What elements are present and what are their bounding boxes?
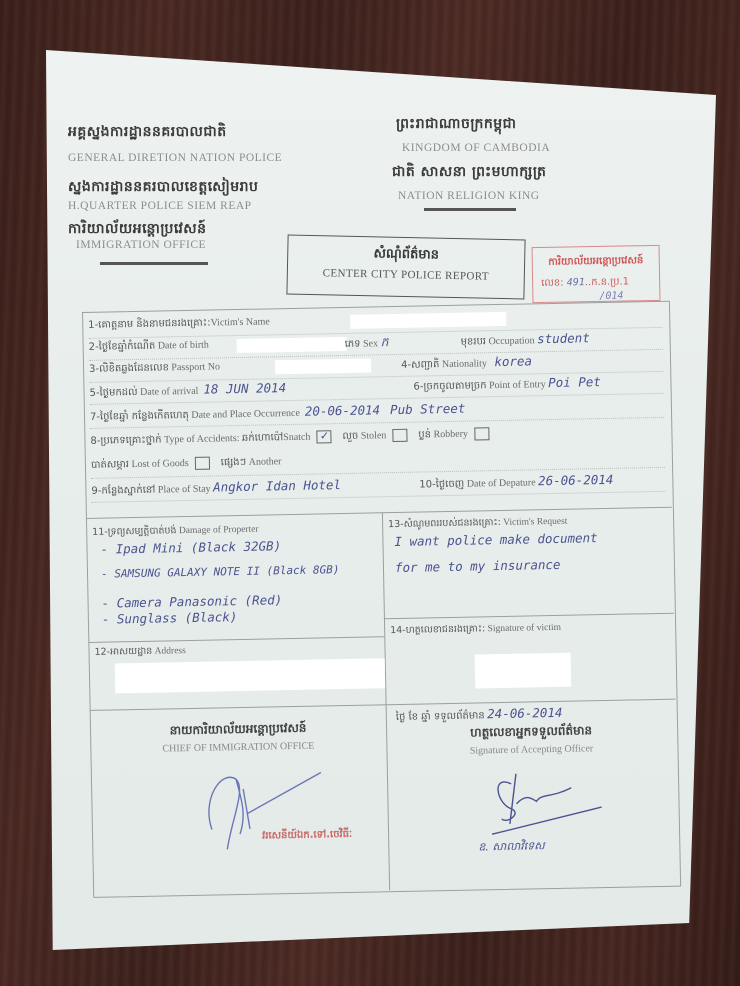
- arrival-value: 18 JUN 2014: [203, 380, 286, 397]
- request-title-kh: 13-សំណូមពររបស់ជនរងគ្រោះ:: [388, 517, 501, 530]
- stamp-suffix: ..ក.ន.ប្រ.1: [585, 276, 629, 288]
- redacted-date-of-birth: [237, 337, 347, 353]
- accepting-officer-block: ហត្ថលេខាអ្នកទទួលព័ត៌មាន Signature of Acc…: [386, 721, 677, 759]
- lost-goods-label-kh: បាត់សម្ភារ: [91, 459, 129, 471]
- accepting-date-line: ថ្ងៃ ខែ ឆ្នាំ ទទួលព័ត៌មាន 24-06-2014: [396, 705, 563, 725]
- occurrence-label-en: Date and Place Occurrence: [191, 408, 300, 421]
- header-left-en-3: IMMIGRATION OFFICE: [76, 239, 206, 251]
- report-title-box: សំណុំព័ត៌មាន CENTER CITY POLICE REPORT: [286, 235, 525, 300]
- occupation-value: student: [537, 330, 590, 346]
- robbery-label: Robbery: [433, 429, 468, 441]
- another-label-kh: ផ្សេងៗ: [221, 457, 247, 468]
- field-date-of-departure: 10-ថ្ងៃចេញ Date of Depature 26-06-2014: [419, 472, 613, 496]
- field-nationality: 4-សញ្ជាតិ Nationality korea: [401, 353, 532, 376]
- snatch-checkbox[interactable]: ✓: [317, 430, 332, 443]
- victim-signature-kh: 14-ហត្ថលេខាជនរងគ្រោះ:: [390, 623, 485, 636]
- victim-name-label-kh: 1-គោត្តនាម និងនាមជនរងគ្រោះ:: [88, 318, 210, 331]
- header-left-kh-3: ការិយាល័យអន្តោប្រវេសន៍: [68, 219, 207, 240]
- accident-label-en: Type of Accidents:: [164, 433, 240, 445]
- address-title-en: Address: [155, 646, 186, 657]
- accident-label-kh: 8-ប្រភេទគ្រោះថ្នាក់: [90, 434, 161, 446]
- header-left-kh-1: អគ្គស្នងការដ្ឋាននគរបាលជាតិ: [68, 122, 227, 143]
- accepting-officer-signature: [481, 762, 623, 845]
- redacted-address: [115, 658, 386, 693]
- entry-label-en: Point of Entry: [489, 379, 546, 391]
- accepting-date-label: ថ្ងៃ ខែ ឆ្នាំ ទទួលព័ត៌មាន: [396, 710, 485, 723]
- departure-label-kh: 10-ថ្ងៃចេញ: [419, 479, 464, 491]
- departure-label-en: Date of Depature: [467, 477, 536, 489]
- field-sex: ភេទ Sex ក: [344, 334, 388, 355]
- occupation-label-en: Occupation: [488, 335, 534, 347]
- sex-label-kh: ភេទ: [345, 339, 361, 350]
- dob-label-en: Date of birth: [158, 340, 209, 352]
- robbery-label-kh: ប្លន់: [418, 429, 431, 440]
- stamp-number: 491: [567, 277, 585, 288]
- header-right-kh-1: ព្រះរាជាណាចក្រកម្ពុជា: [396, 114, 517, 135]
- passport-label-kh: 3-លិខិតឆ្លងដែនលេខ: [89, 362, 169, 375]
- stolen-label: Stolen: [361, 430, 387, 441]
- header-left-kh-2: ស្នងការដ្ឋាននគរបាលខេត្តសៀមរាប: [68, 177, 258, 198]
- redacted-victim-signature: [475, 653, 572, 689]
- chief-signature: [191, 757, 343, 860]
- nationality-label-kh: 4-សញ្ជាតិ: [401, 359, 440, 371]
- departure-value: 26-06-2014: [538, 472, 614, 488]
- header-right-underline: [424, 208, 516, 211]
- report-title-kh: សំណុំព័ត៌មាន: [288, 244, 524, 268]
- header-left-en-1: GENERAL DIRETION NATION POLICE: [68, 152, 282, 164]
- occurrence-place-value: Pub Street: [390, 401, 466, 417]
- accepting-date-value: 24-06-2014: [487, 705, 563, 721]
- field-point-of-entry: 6-ច្រកចូលតាមច្រក Point of Entry Poi Pet: [413, 374, 601, 398]
- arrival-label-kh: 5-ថ្ងៃមកដល់: [89, 387, 137, 399]
- stay-label-kh: 9-កន្លែងស្នាក់នៅ: [91, 485, 155, 497]
- chief-block: នាយការិយាល័យអន្តោប្រវេសន៍ CHIEF OF IMMIG…: [90, 718, 387, 756]
- damage-title-en: Damage of Properter: [179, 525, 259, 537]
- lost-goods-label: Lost of Goods: [131, 458, 188, 470]
- request-line: for me to my insurance: [395, 557, 561, 575]
- stolen-label-kh: លួច: [342, 431, 358, 442]
- snatch-label-kh: ឆក់ហោប៉ៅ: [242, 432, 283, 444]
- passport-label-en: Passport No: [171, 361, 220, 373]
- sex-value: ក: [380, 334, 388, 349]
- redacted-passport-no: [275, 358, 371, 374]
- dob-label-kh: 2-ថ្ងៃខែឆ្នាំកំណើត: [89, 341, 156, 353]
- lost-goods-checkbox[interactable]: [195, 457, 210, 470]
- occurrence-label-kh: 7-ថ្ងៃខែឆ្នាំ កន្លែងកើតហេតុ: [90, 410, 189, 423]
- robbery-checkbox[interactable]: [474, 427, 489, 440]
- victim-name-label-en: Victim's Name: [210, 316, 269, 328]
- nationality-label-en: Nationality: [442, 358, 487, 370]
- arrival-label-en: Date of arrival: [140, 386, 199, 398]
- stamp-year: /014: [599, 291, 623, 302]
- header-right-en-1: KINGDOM OF CAMBODIA: [402, 142, 550, 154]
- occurrence-date-value: 20-06-2014: [305, 402, 381, 418]
- header-left-underline: [100, 262, 208, 265]
- header-right-kh-2: ជាតិ សាសនា ព្រះមហាក្សត្រ: [392, 162, 546, 183]
- chief-name-stamp: វរសេនីយ៍ឯក.ទៅ.ចេវិធីៈ: [262, 827, 352, 844]
- report-form: 1-គោត្តនាម និងនាមជនរងគ្រោះ:Victim's Name…: [82, 301, 679, 898]
- victim-signature-en: Signature of victim: [488, 623, 562, 634]
- stamp-office-kh: ការិយាល័យអន្តោប្រវេសន៍: [533, 253, 659, 270]
- another-label: Another: [249, 456, 282, 468]
- address-title-kh: 12-អាសយដ្ឋាន: [94, 646, 152, 658]
- field-occupation: មុខរបរ Occupation student: [460, 330, 590, 352]
- accepting-officer-name: ឧ. សាលាវិទេស: [478, 839, 545, 856]
- stamp-number-line: លេខ: 491..ក.ន.ប្រ.1: [541, 274, 659, 291]
- occupation-label-kh: មុខរបរ: [461, 336, 487, 347]
- header-left-en-2: H.QUARTER POLICE SIEM REAP: [68, 200, 252, 212]
- entry-value: Poi Pet: [548, 374, 601, 390]
- stay-label-en: Place of Stay: [158, 484, 211, 496]
- stamp-label: លេខ:: [541, 278, 564, 289]
- nationality-value: korea: [494, 353, 532, 369]
- request-title-en: Victim's Request: [503, 517, 567, 528]
- damage-title-kh: 11-ទ្រព្យសម្បត្តិបាត់បង់: [92, 525, 177, 538]
- office-stamp: ការិយាល័យអន្តោប្រវេសន៍ លេខ: 491..ក.ន.ប្រ…: [532, 245, 661, 303]
- report-title-en: CENTER CITY POLICE REPORT: [288, 267, 524, 284]
- sex-label-en: Sex: [363, 338, 378, 349]
- entry-label-kh: 6-ច្រកចូលតាមច្រក: [413, 380, 486, 392]
- header-right-en-2: NATION RELIGION KING: [398, 190, 540, 202]
- snatch-label: Snatch: [283, 432, 310, 444]
- redacted-victim-name: [350, 312, 506, 329]
- damage-item: - Sunglass (Black): [102, 609, 238, 627]
- stolen-checkbox[interactable]: [393, 429, 408, 442]
- stay-value: Angkor Idan Hotel: [213, 477, 341, 494]
- address-title: 12-អាសយដ្ឋាន Address: [94, 644, 186, 660]
